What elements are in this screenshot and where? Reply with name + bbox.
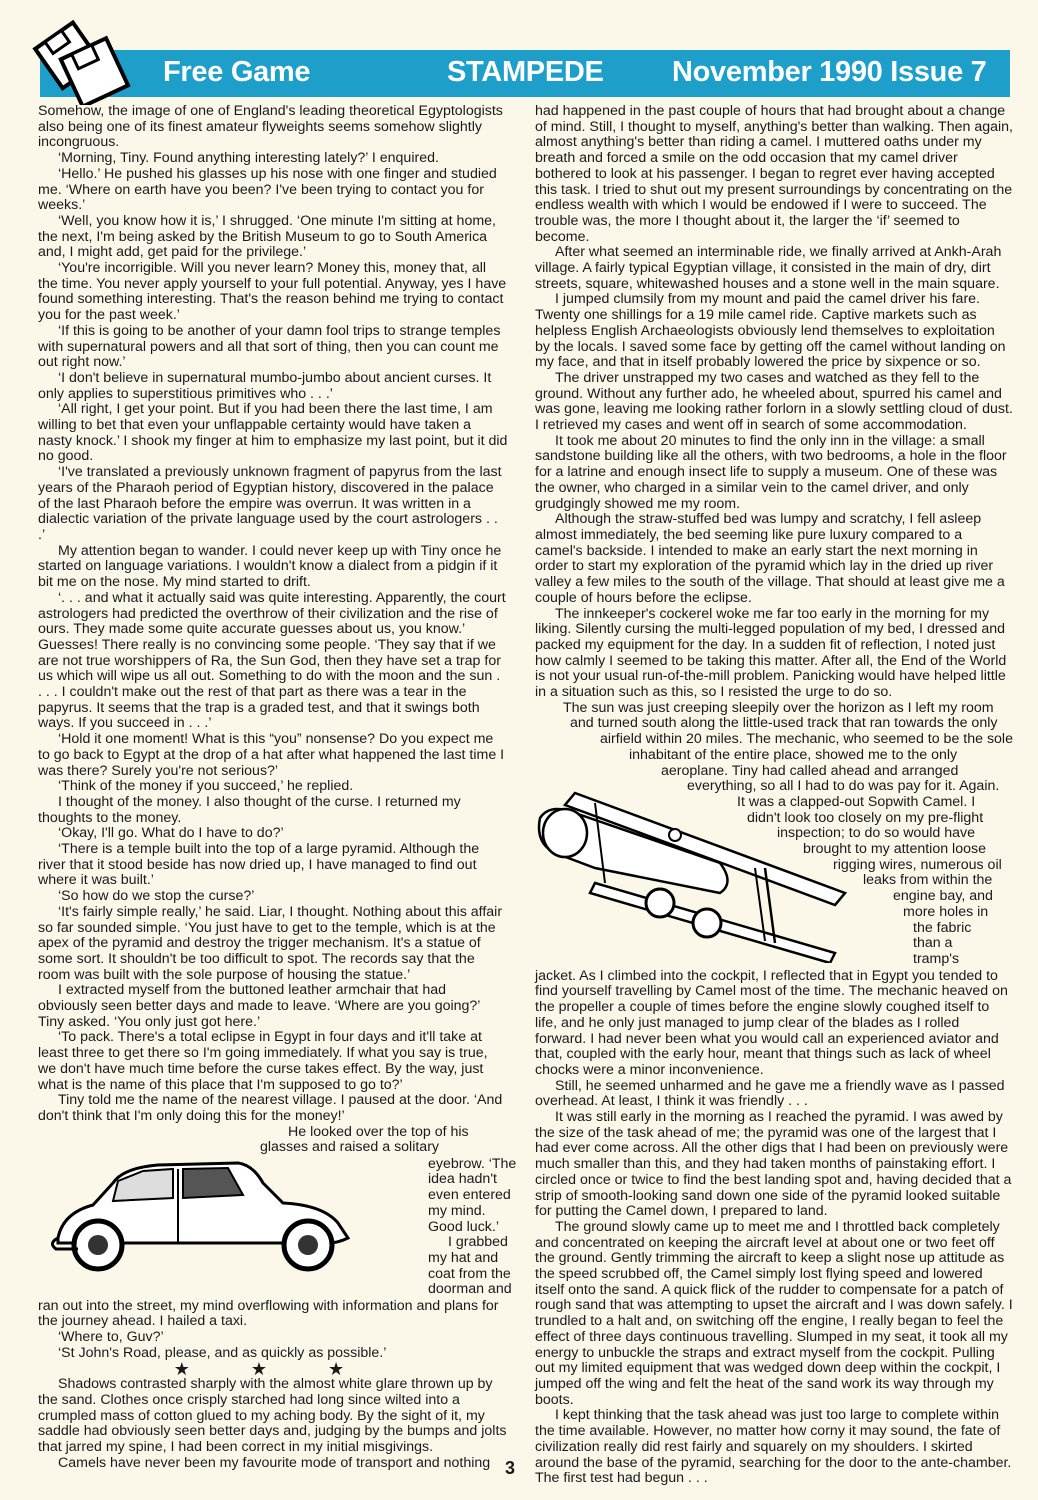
paragraph: I extracted myself from the buttoned lea…: [38, 983, 508, 1030]
paragraph: The driver unstrapped my two cases and w…: [535, 371, 1013, 434]
paragraph: I thought of the money. I also thought o…: [38, 795, 508, 826]
paragraph: Although the straw-stuffed bed was lumpy…: [535, 512, 1013, 606]
paragraph: The innkeeper's cockerel woke me far too…: [535, 607, 1013, 701]
plane-caption: The sun was just creeping sleepily over …: [535, 701, 1013, 968]
left-column: Somehow, the image of one of England's l…: [38, 104, 508, 1471]
caption-line: It was a clapped-out Sopwith Camel. I: [535, 795, 1013, 811]
caption-line: Good luck.’: [428, 1220, 518, 1236]
paragraph: The ground slowly came up to meet me and…: [535, 1220, 1013, 1408]
right-column: had happened in the past couple of hours…: [535, 104, 1013, 1487]
paragraph: ‘Okay, I'll go. What do I have to do?’: [38, 826, 508, 842]
caption-line: my mind.: [428, 1204, 518, 1220]
caption-line: inspection; to do so would have: [535, 826, 1013, 842]
caption-line: I grabbed: [428, 1235, 518, 1251]
paragraph: ‘I've translated a previously unknown fr…: [38, 465, 508, 544]
issue-label: November 1990 Issue 7: [672, 52, 987, 92]
paragraph: It took me about 20 minutes to find the …: [535, 434, 1013, 513]
paragraph: ‘Think of the money if you succeed,’ he …: [38, 779, 508, 795]
page-number: 3: [505, 1458, 515, 1479]
paragraph: ‘If this is going to be another of your …: [38, 324, 508, 371]
caption-line: than a: [535, 936, 1013, 952]
section-separator: ★ ★ ★: [38, 1362, 508, 1378]
vintage-car-illustration: [38, 1143, 368, 1279]
paragraph: ‘Well, you know how it is,’ I shrugged. …: [38, 214, 508, 261]
caption-line: everything, so all I had to do was pay f…: [535, 779, 1013, 795]
caption-line: idea hadn't: [428, 1172, 518, 1188]
caption-line: brought to my attention loose: [535, 842, 1013, 858]
caption-line: aeroplane. Tiny had called ahead and arr…: [535, 764, 1013, 780]
paragraph: ‘To pack. There's a total eclipse in Egy…: [38, 1030, 508, 1093]
car-caption: He looked over the top of his glasses an…: [260, 1125, 510, 1156]
paragraph: I kept thinking that the task ahead was …: [535, 1408, 1013, 1487]
caption-line: rigging wires, numerous oil: [535, 858, 1013, 874]
caption-line: glasses and raised a solitary: [260, 1140, 510, 1156]
paragraph: ‘You're incorrigible. Will you never lea…: [38, 261, 508, 324]
caption-line: even entered: [428, 1188, 518, 1204]
paragraph: ‘Hold it one moment! What is this “you” …: [38, 732, 508, 779]
caption-line: engine bay, and: [535, 889, 1013, 905]
caption-line: inhabitant of the entire place, showed m…: [535, 748, 1013, 764]
paragraph: ‘There is a temple built into the top of…: [38, 842, 508, 889]
car-caption-narrow: eyebrow. ‘The idea hadn't even entered m…: [428, 1157, 518, 1298]
caption-line: He looked over the top of his: [260, 1125, 510, 1141]
paragraph: Shadows contrasted sharply with the almo…: [38, 1377, 508, 1456]
caption-line: more holes in: [535, 905, 1013, 921]
caption-line: my hat and: [428, 1251, 518, 1267]
paragraph: Somehow, the image of one of England's l…: [38, 104, 508, 151]
paragraph: ‘Hello.’ He pushed his glasses up his no…: [38, 167, 508, 214]
paragraph: jacket. As I climbed into the cockpit, I…: [535, 969, 1013, 1079]
paragraph: ‘It's fairly simple really,’ he said. Li…: [38, 905, 508, 984]
paragraph: ‘All right, I get your point. But if you…: [38, 402, 508, 465]
plane-section: The sun was just creeping sleepily over …: [535, 701, 1013, 969]
paragraph: had happened in the past couple of hours…: [535, 104, 1013, 245]
paragraph: After what seemed an interminable ride, …: [535, 245, 1013, 292]
caption-line: and turned south along the little-used t…: [535, 716, 1013, 732]
paragraph: Camels have never been my favourite mode…: [38, 1456, 508, 1472]
paragraph: ‘I don't believe in supernatural mumbo-j…: [38, 371, 508, 402]
caption-line: The sun was just creeping sleepily over …: [535, 701, 1013, 717]
caption-line: tramp's: [535, 952, 1013, 968]
paragraph: ‘Where to, Guv?’: [38, 1330, 508, 1346]
caption-line: leaks from within the: [535, 873, 1013, 889]
paragraph: Still, he seemed unharmed and he gave me…: [535, 1079, 1013, 1110]
paragraph: Tiny told me the name of the nearest vil…: [38, 1093, 508, 1124]
caption-line: eyebrow. ‘The: [428, 1157, 518, 1173]
caption-line: the fabric: [535, 921, 1013, 937]
paragraph: ‘. . . and what it actually said was qui…: [38, 591, 508, 732]
paragraph: I jumped clumsily from my mount and paid…: [535, 292, 1013, 371]
caption-line: doorman and: [428, 1282, 518, 1298]
car-section: He looked over the top of his glasses an…: [38, 1125, 508, 1281]
page-title: STAMPEDE: [447, 52, 604, 92]
floppy-disks-icon: [30, 10, 140, 105]
paragraph: It was still early in the morning as I r…: [535, 1110, 1013, 1220]
caption-line: airfield within 20 miles. The mechanic, …: [535, 732, 1013, 748]
caption-line: didn't look too closely on my pre-flight: [535, 811, 1013, 827]
paragraph: ‘Morning, Tiny. Found anything interesti…: [38, 151, 508, 167]
paragraph: My attention began to wander. I could ne…: [38, 544, 508, 591]
section-label: Free Game: [163, 52, 310, 92]
caption-line: coat from the: [428, 1267, 518, 1283]
paragraph: ran out into the street, my mind overflo…: [38, 1299, 508, 1330]
paragraph: ‘So how do we stop the curse?’: [38, 889, 508, 905]
